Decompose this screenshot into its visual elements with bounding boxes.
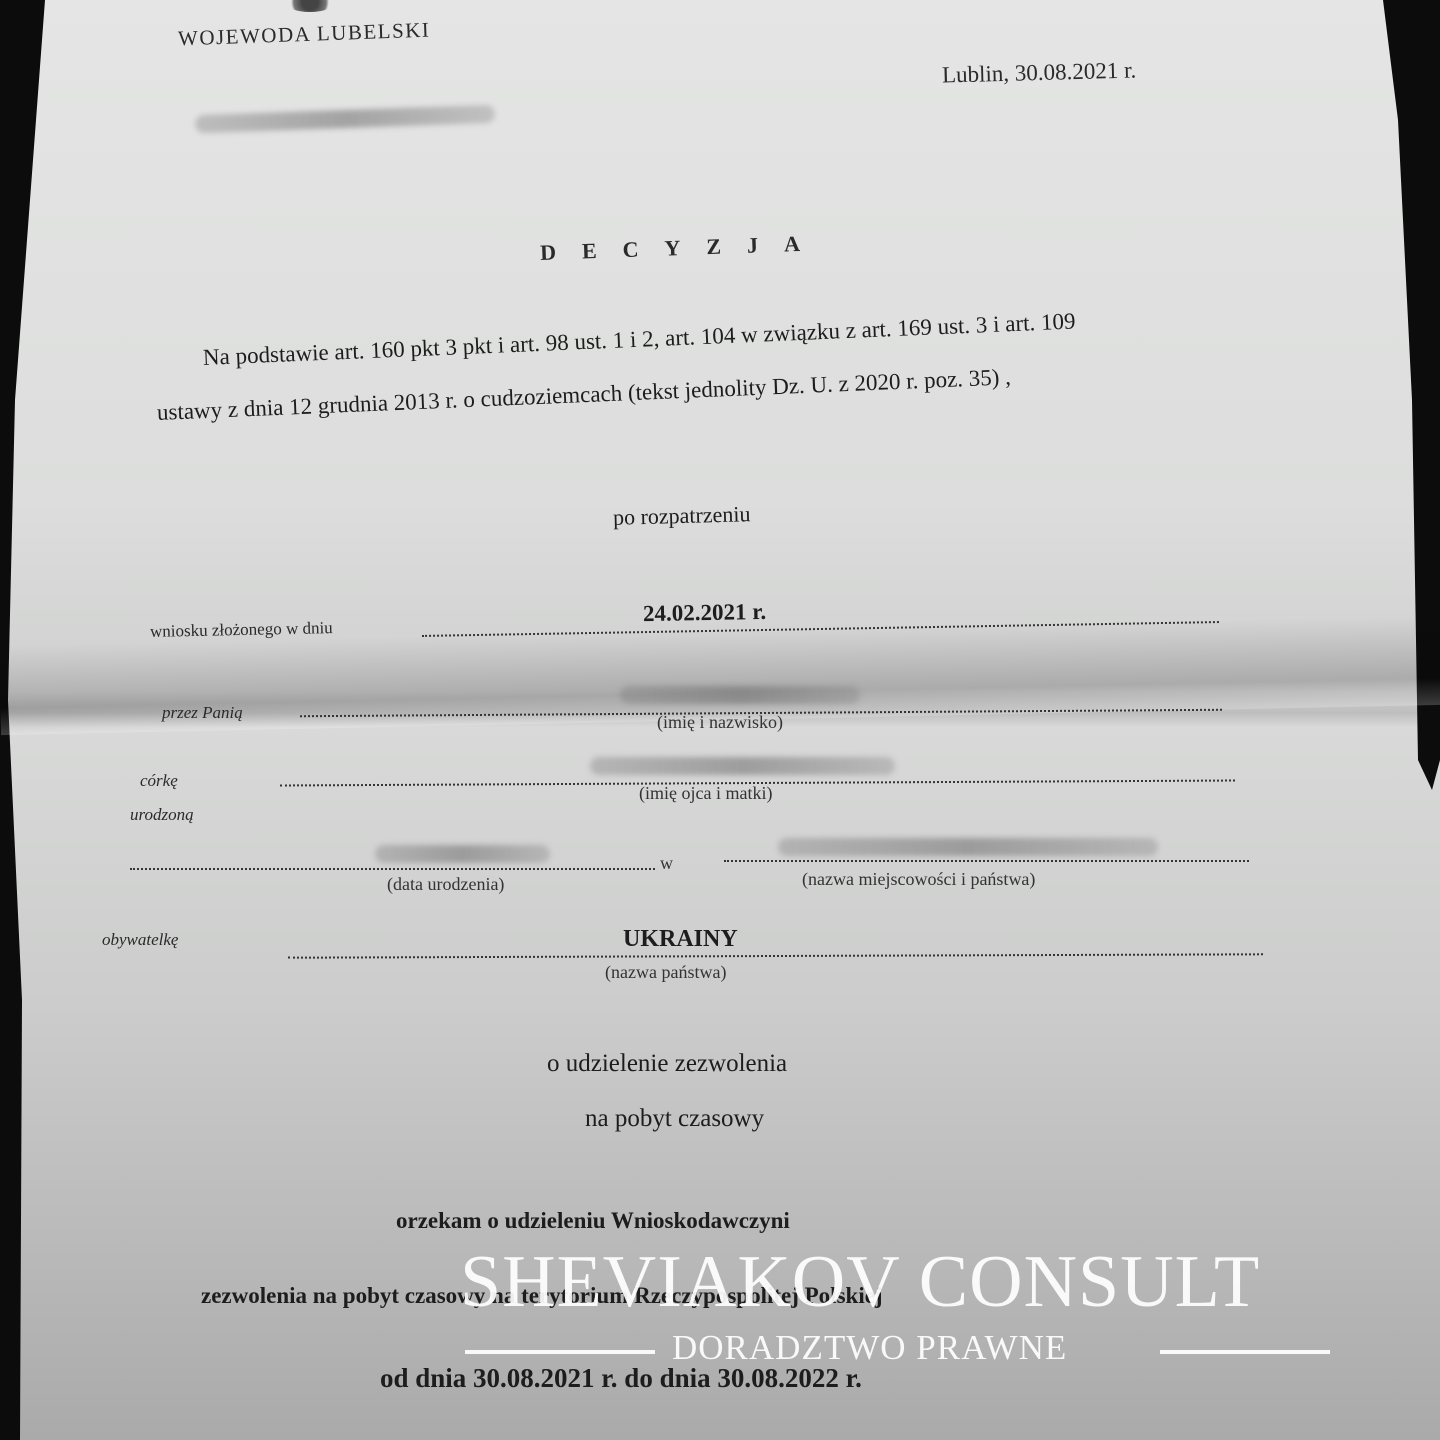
application-date-label: wniosku złożonego w dniu	[150, 618, 333, 642]
birthplace-hint: (nazwa miejscowości i państwa)	[802, 869, 1035, 890]
parents-hint: (imię ojca i matki)	[639, 783, 772, 804]
decision-line-1: orzekam o udzieleniu Wnioskodawczyni	[396, 1208, 790, 1234]
birth-date-dotted-line	[130, 868, 655, 870]
redacted-parents-names	[590, 757, 895, 775]
watermark-brand: SHEVIAKOV CONSULT	[460, 1240, 1260, 1325]
redacted-birthplace	[778, 838, 1158, 856]
place-and-date: Lublin, 30.08.2021 r.	[942, 57, 1137, 88]
subject-line-1: o udzielenie zezwolenia	[547, 1050, 787, 1078]
born-label: urodzoną	[130, 805, 194, 825]
redacted-birth-date	[375, 845, 550, 863]
watermark-tagline: DORADZTWO PRAWNE	[672, 1328, 1067, 1368]
citizenship-hint: (nazwa państwa)	[605, 962, 726, 983]
watermark-rule-left	[465, 1350, 655, 1354]
citizen-label: obywatelkę	[102, 930, 178, 950]
application-date-value: 24.02.2021 r.	[643, 599, 767, 627]
birthplace-dotted-line	[724, 860, 1249, 862]
in-label: w	[660, 853, 673, 874]
after-review-text: po rozpatrzeniu	[613, 501, 751, 531]
birth-date-hint: (data urodzenia)	[387, 874, 504, 895]
redacted-applicant-name	[620, 686, 860, 704]
daughter-label: córkę	[140, 771, 178, 791]
applicant-hint: (imię i nazwisko)	[657, 712, 783, 733]
applicant-label: przez Panią	[162, 703, 243, 723]
citizenship-value: UKRAINY	[623, 926, 738, 953]
subject-line-2: na pobyt czasowy	[585, 1105, 764, 1133]
watermark-rule-right	[1160, 1350, 1330, 1354]
